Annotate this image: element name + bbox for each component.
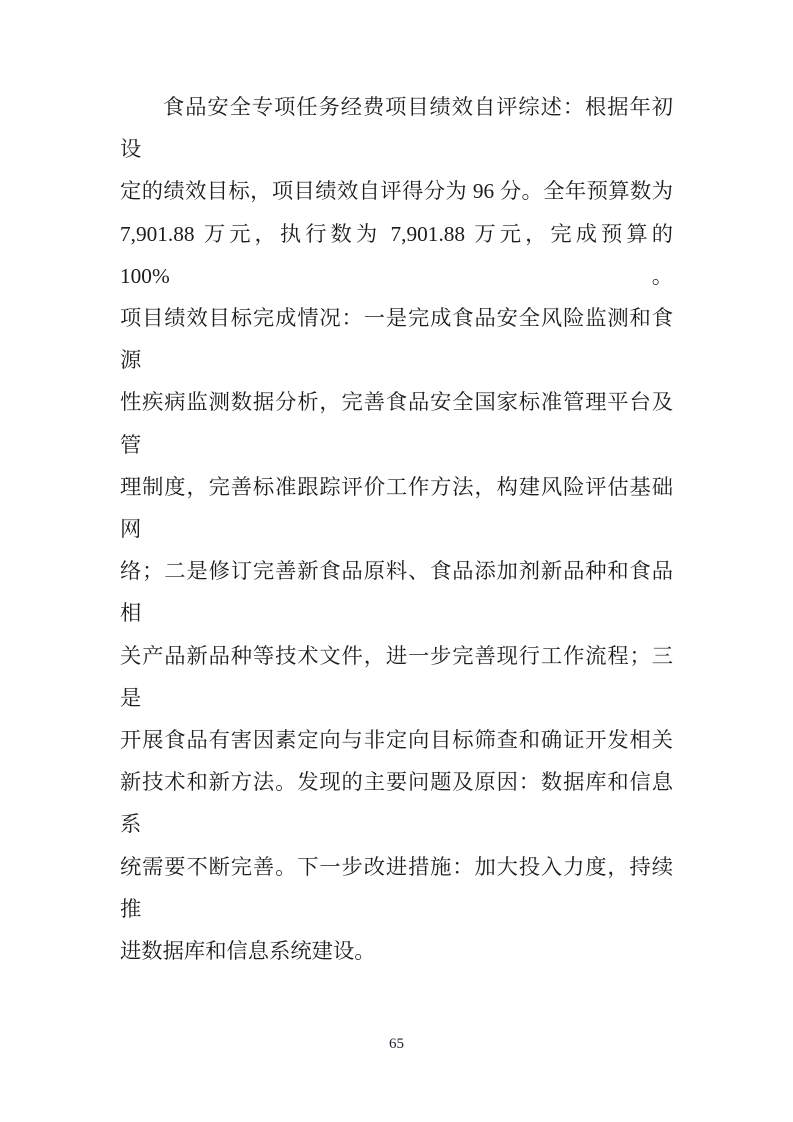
self-evaluation-paragraph: 食品安全专项任务经费项目绩效自评综述：根据年初设 定的绩效目标，项目绩效自评得分…	[120, 86, 673, 972]
body-text-line: 定的绩效目标，项目绩效自评得分为 96 分。全年预算数为	[120, 170, 673, 212]
body-text-line: 新技术和新方法。发现的主要问题及原因：数据库和信息系	[120, 761, 673, 845]
body-text-line: 理制度，完善标准跟踪评价工作方法，构建风险评估基础网	[120, 466, 673, 550]
body-text-line: 关产品新品种等技术文件，进一步完善现行工作流程；三是	[120, 635, 673, 719]
body-text-line: 络；二是修订完善新食品原料、食品添加剂新品种和食品相	[120, 550, 673, 634]
body-text-line: 7,901.88 万元，执行数为 7,901.88 万元，完成预算的 100%。	[120, 213, 673, 297]
body-text-line: 统需要不断完善。下一步改进措施：加大投入力度，持续推	[120, 846, 673, 930]
page-number: 65	[0, 1036, 793, 1053]
body-text-line: 进数据库和信息系统建设。	[120, 930, 673, 972]
body-text-line: 项目绩效目标完成情况：一是完成食品安全风险监测和食源	[120, 297, 673, 381]
body-text-line: 开展食品有害因素定向与非定向目标筛查和确证开发相关	[120, 719, 673, 761]
body-text-line: 性疾病监测数据分析，完善食品安全国家标准管理平台及管	[120, 381, 673, 465]
body-text-line: 食品安全专项任务经费项目绩效自评综述：根据年初设	[120, 86, 673, 170]
document-page: 食品安全专项任务经费项目绩效自评综述：根据年初设 定的绩效目标，项目绩效自评得分…	[0, 0, 793, 1122]
